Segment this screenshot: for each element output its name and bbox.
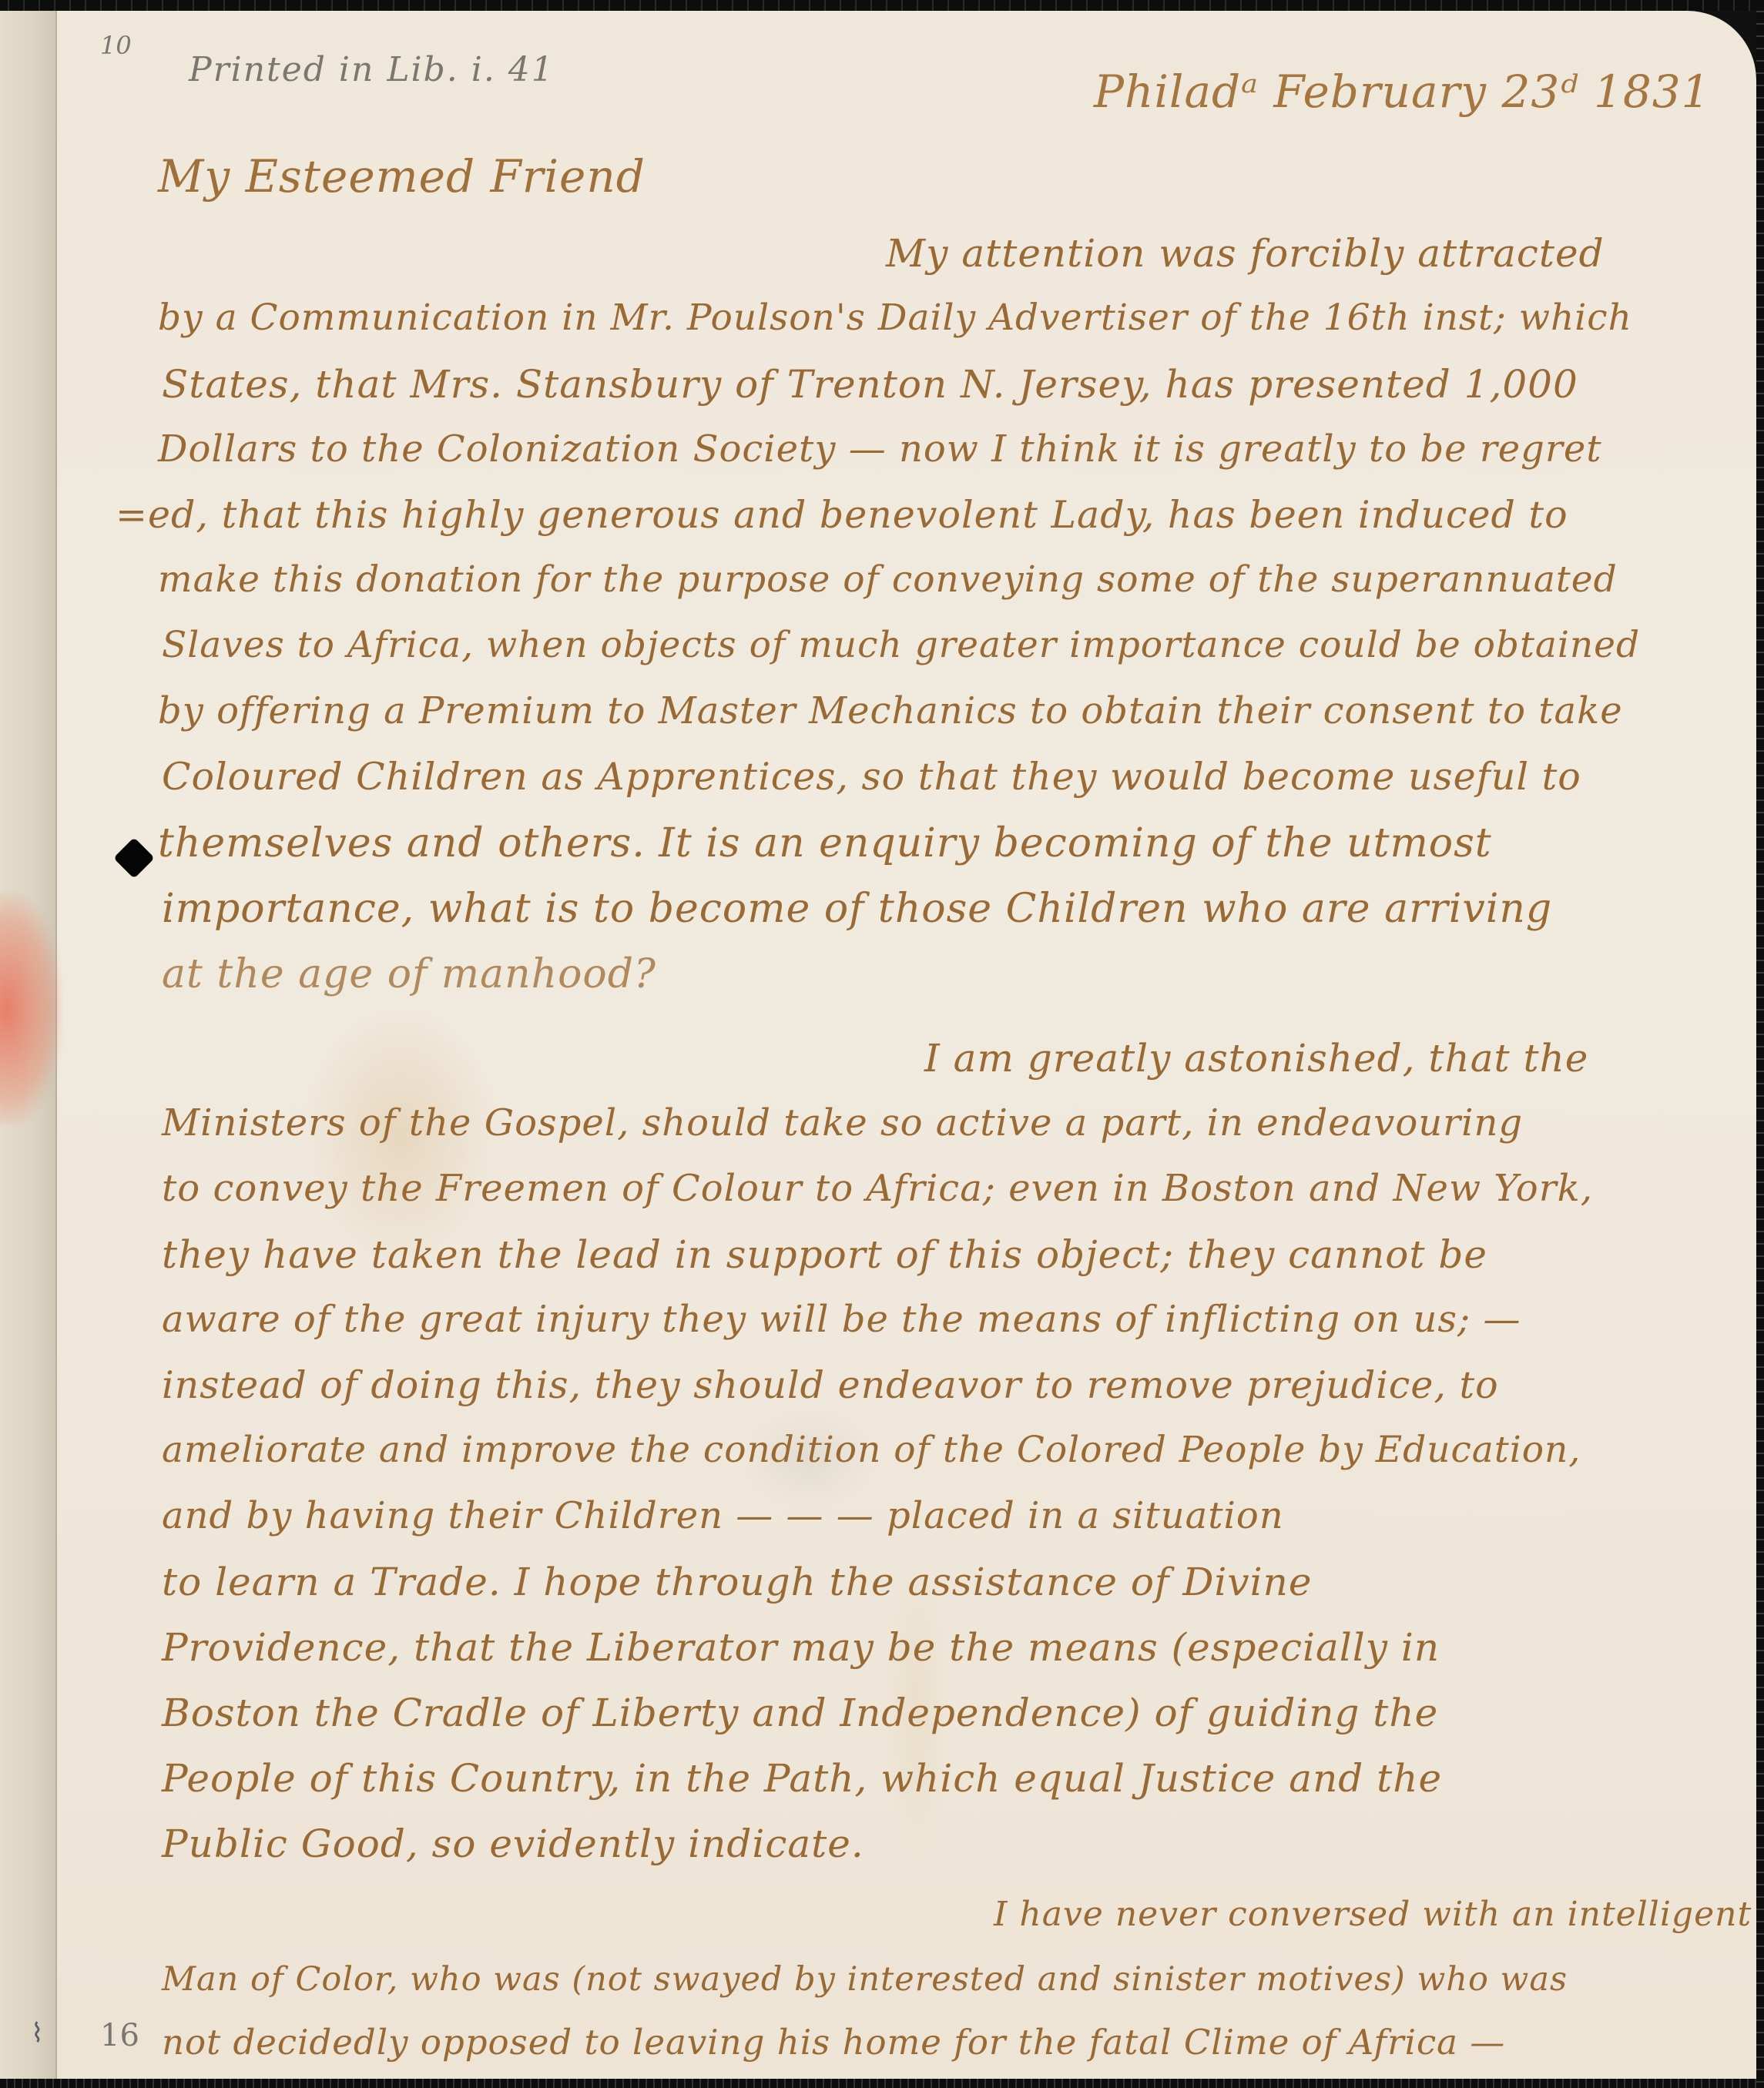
letter-line: Public Good, so evidently indicate. — [162, 1822, 864, 1866]
salutation: My Esteemed Friend — [158, 150, 646, 203]
letter-line: make this donation for the purpose of co… — [158, 558, 1618, 601]
letter-line: I am greatly astonished, that the — [924, 1036, 1588, 1081]
scan-border-right — [1756, 0, 1764, 2088]
dateline: Philadᵃ February 23ᵈ 1831 — [1094, 65, 1711, 118]
scan-border-top — [0, 0, 1764, 11]
letter-line: and by having their Children — — — place… — [162, 1494, 1284, 1537]
letter-line: themselves and others. It is an enquiry … — [158, 820, 1492, 866]
letter-line: States, that Mrs. Stansbury of Trenton N… — [162, 362, 1578, 407]
bottom-page-number: 16 — [100, 2018, 139, 2053]
letter-line: My attention was forcibly attracted — [886, 231, 1605, 276]
letter-line: Boston the Cradle of Liberty and Indepen… — [162, 1691, 1438, 1735]
letter-line: ameliorate and improve the condition of … — [162, 1429, 1581, 1471]
letter-line: Man of Color, who was (not swayed by int… — [162, 1960, 1568, 1999]
letter-line: to learn a Trade. I hope through the ass… — [162, 1560, 1312, 1604]
letter-line: Slaves to Africa, when objects of much g… — [162, 624, 1640, 666]
letter-line: not decidedly opposed to leaving his hom… — [162, 2022, 1505, 2063]
letter-line: Ministers of the Gospel, should take so … — [162, 1101, 1523, 1145]
letter-line: =ed, that this highly generous and benev… — [116, 493, 1568, 537]
bottom-mark: ⌇ — [31, 2018, 44, 2049]
letter-line: at the age of manhood? — [162, 951, 656, 997]
letter-line: by offering a Premium to Master Mechanic… — [158, 689, 1623, 732]
letter-line: instead of doing this, they should endea… — [162, 1363, 1499, 1407]
letter-line: importance, what is to become of those C… — [162, 886, 1552, 932]
letter-line: aware of the great injury they will be t… — [162, 1298, 1521, 1341]
letter-line: they have taken the lead in support of t… — [162, 1232, 1487, 1277]
letter-line: by a Communication in Mr. Poulson's Dail… — [158, 297, 1632, 339]
scan-border-bottom — [0, 2079, 1764, 2088]
letter-line: to convey the Freemen of Colour to Afric… — [162, 1167, 1593, 1210]
letter-line: Coloured Children as Apprentices, so tha… — [162, 755, 1581, 799]
printed-note: Printed in Lib. i. 41 — [189, 50, 555, 89]
letter-line: Providence, that the Liberator may be th… — [162, 1625, 1440, 1670]
letter-line: I have never conversed with an intellige… — [994, 1895, 1752, 1934]
folio-number: 10 — [100, 31, 132, 60]
red-wax-stain — [0, 893, 62, 1124]
letter-line: People of this Country, in the Path, whi… — [162, 1756, 1442, 1801]
letter-line: Dollars to the Colonization Society — no… — [158, 427, 1602, 471]
